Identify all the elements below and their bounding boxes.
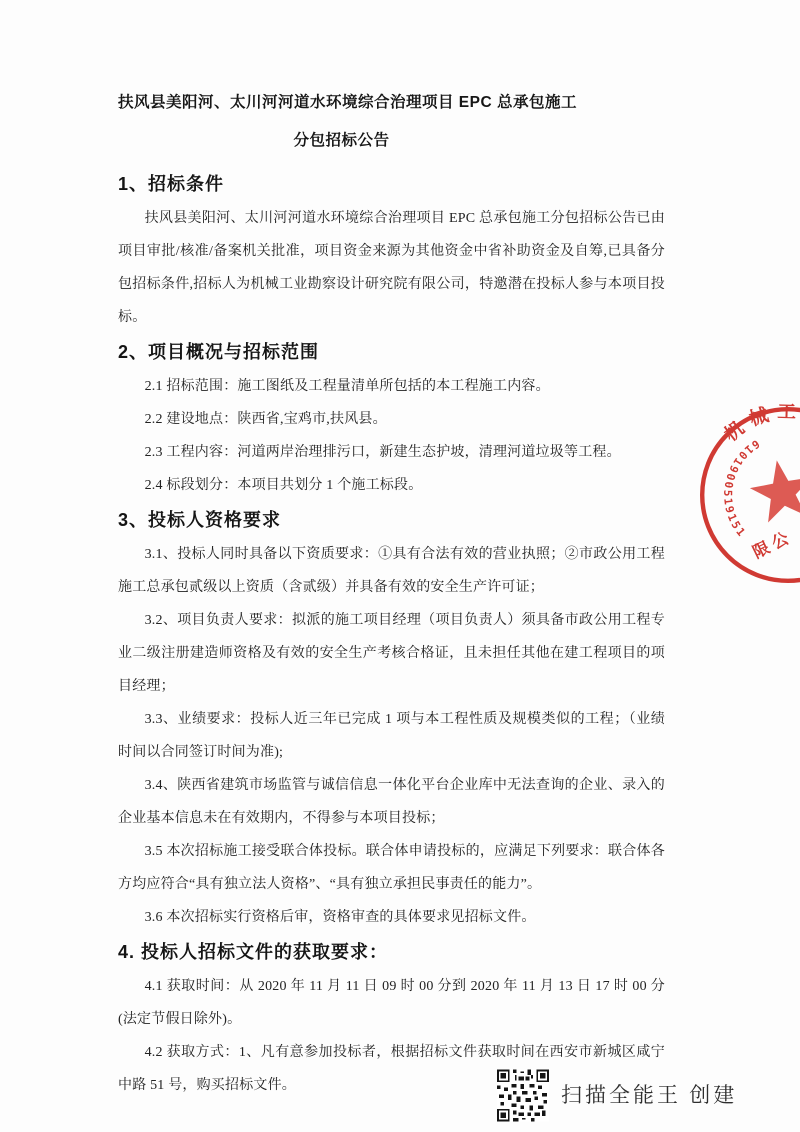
qr-code — [497, 1069, 549, 1122]
section-4-heading: 4. 投标人招标文件的获取要求： — [118, 934, 665, 970]
document-title-line1: 扶风县美阳河、太川河河道水环境综合治理项目 EPC 总承包施工 — [118, 84, 565, 122]
announcement-body: 扶风县美阳河、太川河河道水环境综合治理项目 EPC 总承包施工 分包招标公告 1… — [118, 84, 665, 1102]
svg-text:机械工业: 机械工业 — [720, 401, 800, 445]
section-3-item-3-6: 3.6 本次招标实行资格后审，资格审查的具体要求见招标文件。 — [118, 901, 665, 934]
section-1-heading: 1、招标条件 — [118, 166, 665, 202]
section-1-paragraph: 扶风县美阳河、太川河河道水环境综合治理项目 EPC 总承包施工分包招标公告已由项… — [118, 202, 665, 334]
scanner-app-label: 扫描全能王 创建 — [561, 1079, 737, 1109]
section-3-item-3-5: 3.5 本次招标施工接受联合体投标。联合体申请投标的，应满足下列要求：联合体各方… — [118, 835, 665, 901]
seal-star-icon — [750, 460, 800, 522]
company-seal: 机械工业 6101900519151 限公 — [678, 385, 800, 605]
document-title-line2: 分包招标公告 — [118, 122, 565, 160]
document-title: 扶风县美阳河、太川河河道水环境综合治理项目 EPC 总承包施工 分包招标公告 — [118, 84, 565, 160]
section-2-item-2-3: 2.3 工程内容：河道两岸治理排污口，新建生态护坡，清理河道垃圾等工程。 — [118, 436, 665, 469]
section-3-item-3-4: 3.4、陕西省建筑市场监管与诚信信息一体化平台企业库中无法查询的企业、录入的企业… — [118, 769, 665, 835]
seal-company-arc-text: 机械工业 — [720, 401, 800, 445]
section-4-item-4-1: 4.1 获取时间：从 2020 年 11 月 11 日 09 时 00 分到 2… — [118, 970, 665, 1036]
section-2-item-2-1: 2.1 招标范围：施工图纸及工程量清单所包括的本工程施工内容。 — [118, 370, 665, 403]
seal-bottom-text: 限公 — [750, 527, 796, 562]
section-3-item-3-3: 3.3、业绩要求：投标人近三年已完成 1 项与本工程性质及规模类似的工程；（业绩… — [118, 703, 665, 769]
section-2-item-2-2: 2.2 建设地点：陕西省,宝鸡市,扶风县。 — [118, 403, 665, 436]
section-3-item-3-1: 3.1、投标人同时具备以下资质要求：①具有合法有效的营业执照；②市政公用工程施工… — [118, 538, 665, 604]
section-3-heading: 3、投标人资格要求 — [118, 502, 665, 538]
document-page: { "document": { "title_lines": [ "扶风县美阳河… — [0, 0, 800, 1132]
section-3-item-3-2: 3.2、项目负责人要求：拟派的施工项目经理（项目负责人）须具备市政公用工程专业二… — [118, 604, 665, 703]
section-2-item-2-4: 2.4 标段划分：本项目共划分 1 个施工标段。 — [118, 469, 665, 502]
section-2-heading: 2、项目概况与招标范围 — [118, 334, 665, 370]
